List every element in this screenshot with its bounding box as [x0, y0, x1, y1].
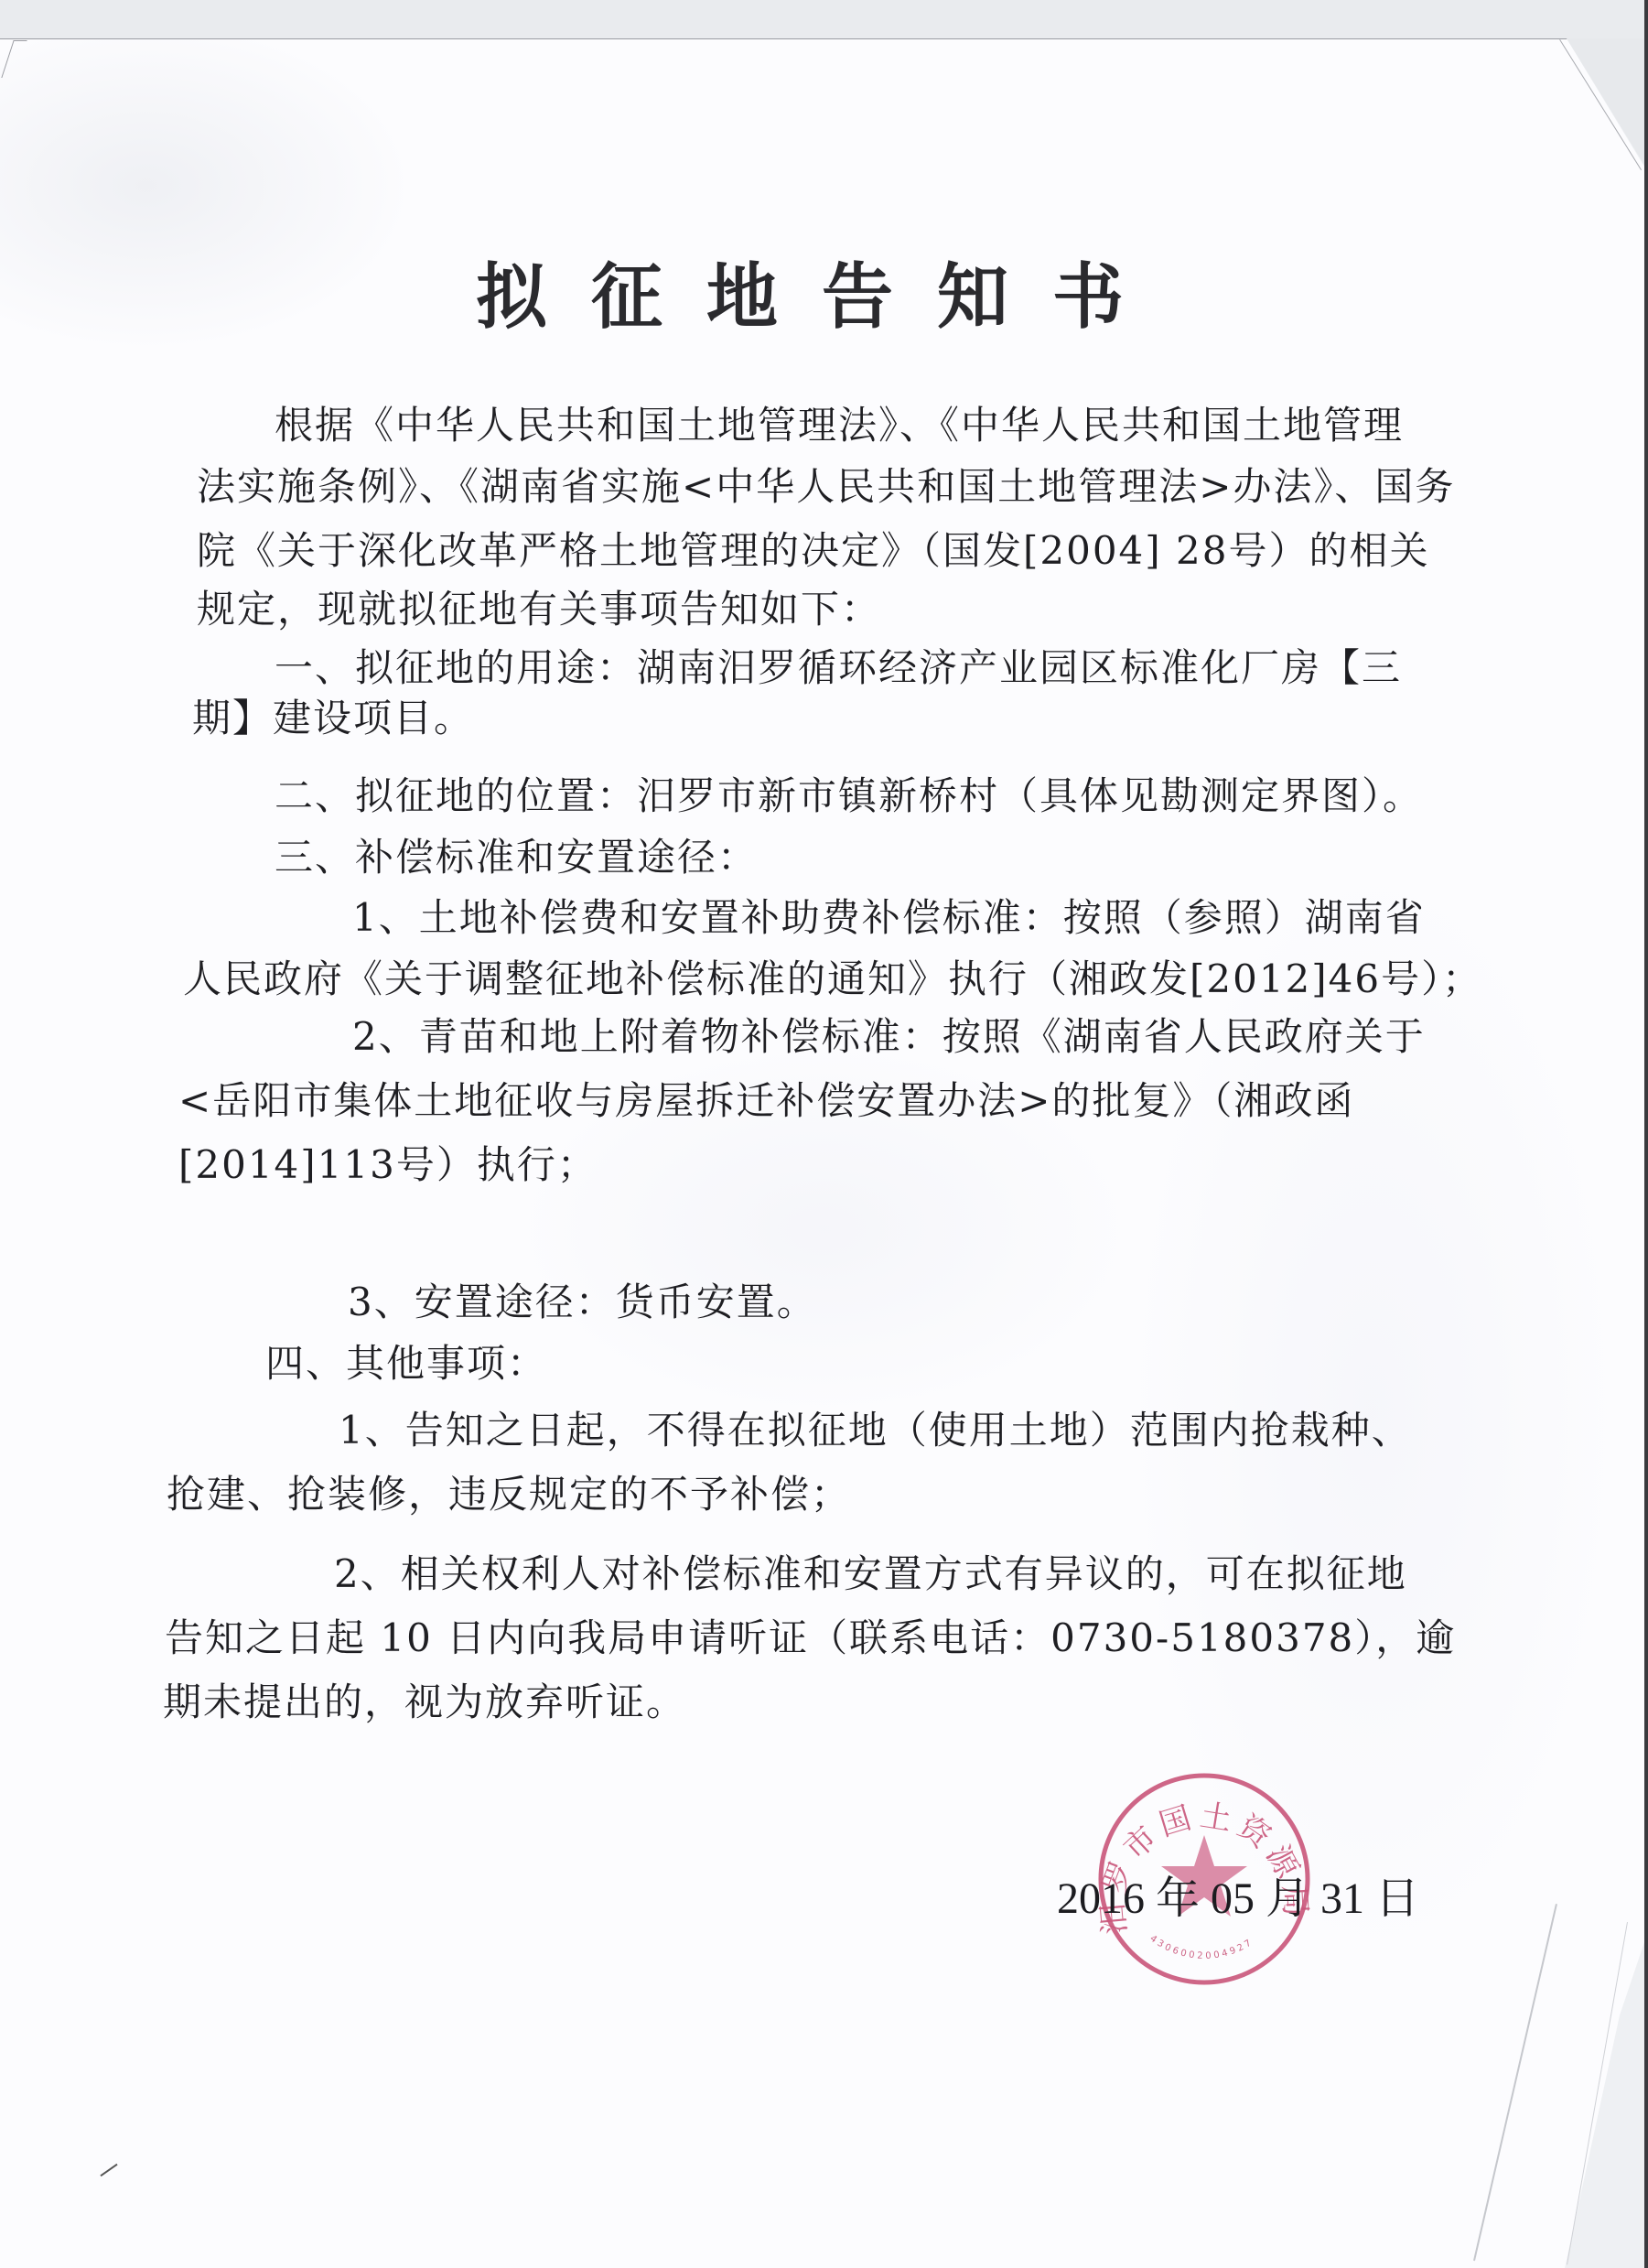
section-4-heading: 四、其他事项：	[265, 1341, 547, 1387]
section-2-line: 二、拟征地的位置：汨罗市新市镇新桥村（具体见勘测定界图）。	[275, 773, 1423, 819]
paragraph-line-intro: 院《关于深化改革严格土地管理的决定》（国发[2004] 28号）的相关	[197, 528, 1429, 574]
scan-border	[0, 0, 1648, 38]
scan-edge-line	[1644, 0, 1648, 2268]
section-3-item-2: 2、青苗和地上附着物补偿标准：按照《湖南省人民政府关于	[352, 1014, 1426, 1060]
paragraph-line-intro: 法实施条例》、《湖南省实施<中华人民共和国土地管理法>办法》、国务	[197, 464, 1455, 510]
section-1-line: 期】建设项目。	[192, 696, 474, 741]
section-1-line: 一、拟征地的用途：湖南汨罗循环经济产业园区标准化厂房【三	[275, 645, 1402, 691]
paragraph-line-intro: 根据《中华人民共和国土地管理法》、《中华人民共和国土地管理	[275, 403, 1404, 448]
section-3-item-3: 3、安置途径：货币安置。	[348, 1280, 817, 1325]
section-4-item-2: 2、相关权利人对补偿标准和安置方式有异议的，可在拟征地	[334, 1551, 1407, 1597]
section-3-item-2: [2014]113号）执行；	[178, 1142, 598, 1188]
section-4-item-2: 期未提出的，视为放弃听证。	[163, 1679, 686, 1725]
section-4-item-2: 告知之日起 10 日内向我局申请听证（联系电话：0730-5180378），逾	[165, 1615, 1456, 1661]
section-4-item-1: 抢建、抢装修，违反规定的不予补偿；	[167, 1472, 851, 1517]
section-4-item-1: 1、告知之日起，不得在拟征地（使用土地）范围内抢栽种、	[339, 1408, 1412, 1453]
document-date: 2016 年 05 月 31 日	[1057, 1874, 1419, 1925]
document-title: 拟征地告知书	[476, 240, 1208, 342]
section-3-item-1: 人民政府《关于调整征地补偿标准的通知》执行（湘政发[2012]46号）；	[183, 956, 1482, 1002]
section-3-item-1: 1、土地补偿费和安置补助费补偿标准：按照（参照）湖南省	[352, 895, 1426, 941]
section-3-heading: 三、补偿标准和安置途径：	[275, 835, 758, 880]
section-3-item-2: <岳阳市集体土地征收与房屋拆迁补偿安置办法>的批复》（湘政函	[178, 1078, 1354, 1124]
paragraph-line-intro: 规定，现就拟征地有关事项告知如下：	[197, 587, 881, 632]
